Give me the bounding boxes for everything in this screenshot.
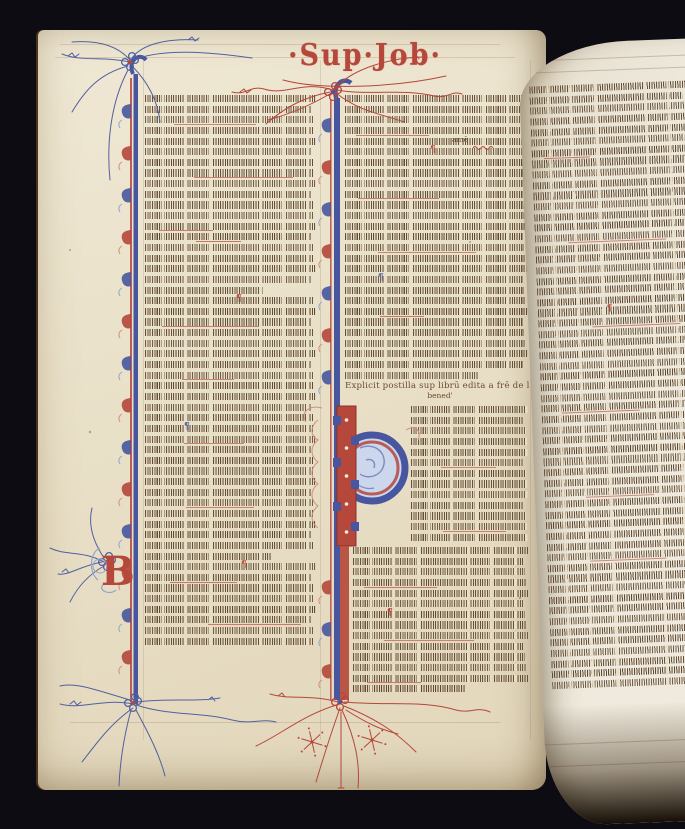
script-line bbox=[345, 244, 524, 251]
script-line bbox=[145, 276, 311, 283]
script-line bbox=[345, 340, 526, 347]
script-line bbox=[345, 180, 528, 187]
script-line bbox=[353, 547, 528, 554]
script-line bbox=[353, 558, 523, 565]
script-line bbox=[353, 632, 528, 639]
manuscript-photo: ·Sup·Job· ¶¶¶ ¶¶ Explicit postilla sup l… bbox=[0, 0, 685, 829]
script-line bbox=[411, 470, 526, 477]
script-line bbox=[550, 612, 685, 625]
script-line bbox=[345, 212, 526, 219]
script-line bbox=[145, 148, 311, 155]
script-line bbox=[345, 297, 526, 304]
script-line bbox=[549, 602, 685, 615]
pilcrow-mark: ¶ bbox=[241, 561, 247, 569]
script-line bbox=[411, 438, 527, 445]
text-column-2-upper: ¶¶ bbox=[345, 95, 528, 382]
script-line bbox=[345, 265, 528, 272]
script-line bbox=[145, 201, 313, 208]
script-line bbox=[145, 616, 311, 623]
script-line bbox=[145, 265, 316, 272]
script-line bbox=[411, 534, 528, 541]
script-line bbox=[550, 633, 685, 646]
script-line bbox=[145, 169, 314, 176]
script-line bbox=[411, 449, 528, 456]
script-line bbox=[353, 685, 465, 692]
ruling-line bbox=[544, 738, 685, 746]
script-line bbox=[353, 675, 528, 682]
script-line bbox=[145, 574, 311, 581]
running-header: ·Sup·Job· bbox=[275, 38, 455, 73]
right-page: ¶ bbox=[518, 38, 685, 826]
script-line bbox=[353, 653, 525, 660]
script-line bbox=[145, 595, 314, 602]
script-line bbox=[145, 638, 314, 645]
amen-word: amē bbox=[452, 135, 468, 144]
script-line bbox=[353, 579, 526, 586]
pilcrow-mark: ¶ bbox=[607, 305, 613, 313]
script-line bbox=[345, 329, 524, 336]
ruling-line bbox=[519, 66, 685, 74]
script-line bbox=[145, 521, 316, 528]
explicit-rubric: Explicit postilla sup librū edita a frē … bbox=[345, 381, 529, 391]
script-line: ¶ bbox=[145, 297, 314, 304]
script-line bbox=[353, 568, 525, 575]
script-line bbox=[552, 665, 685, 678]
pilcrow-mark: ¶ bbox=[236, 295, 242, 303]
script-line bbox=[145, 223, 316, 230]
script-line bbox=[145, 159, 313, 166]
script-line bbox=[345, 372, 479, 379]
script-line bbox=[550, 623, 685, 636]
script-line bbox=[345, 106, 523, 113]
script-line bbox=[411, 523, 527, 530]
script-line bbox=[145, 436, 316, 443]
script-line bbox=[145, 138, 316, 145]
script-line bbox=[345, 255, 526, 262]
script-line: ¶ bbox=[353, 611, 525, 618]
ruling-line bbox=[143, 60, 144, 740]
script-line bbox=[145, 255, 314, 262]
ruling-line bbox=[545, 760, 685, 768]
script-line bbox=[345, 287, 524, 294]
script-line bbox=[145, 350, 316, 357]
script-line bbox=[551, 644, 685, 657]
pilcrow-mark: ¶ bbox=[387, 609, 393, 617]
script-line bbox=[145, 457, 313, 464]
script-line bbox=[411, 417, 524, 424]
script-line bbox=[353, 621, 526, 628]
script-line bbox=[145, 542, 313, 549]
script-line bbox=[411, 406, 528, 413]
script-line bbox=[353, 590, 528, 597]
script-line bbox=[345, 350, 528, 357]
script-line bbox=[145, 414, 313, 421]
script-line bbox=[145, 446, 311, 453]
script-line bbox=[353, 643, 523, 650]
column-end-word: bened' bbox=[400, 391, 480, 400]
script-line bbox=[411, 491, 528, 498]
script-line bbox=[411, 512, 526, 519]
script-line bbox=[145, 116, 313, 123]
pilcrow-mark: ¶ bbox=[378, 274, 384, 282]
script-line bbox=[145, 287, 263, 294]
script-line bbox=[548, 570, 685, 583]
right-page-text-column: ¶ bbox=[529, 81, 685, 693]
text-column-1: ¶¶¶ bbox=[145, 95, 316, 648]
script-line bbox=[145, 212, 314, 219]
script-line bbox=[345, 233, 523, 240]
script-line bbox=[145, 95, 316, 102]
script-line bbox=[345, 159, 524, 166]
script-line bbox=[549, 591, 685, 604]
script-line bbox=[145, 318, 311, 325]
script-line bbox=[145, 340, 314, 347]
script-line: ¶ bbox=[345, 276, 523, 283]
script-line bbox=[345, 138, 528, 145]
script-line bbox=[145, 584, 313, 591]
script-line bbox=[145, 404, 311, 411]
script-line bbox=[411, 480, 527, 487]
script-line bbox=[345, 318, 523, 325]
text-column-2-lower: ¶ bbox=[353, 547, 528, 696]
script-line bbox=[345, 191, 523, 198]
ruling-line bbox=[320, 60, 321, 740]
pilcrow-mark: ¶ bbox=[184, 423, 190, 431]
script-line bbox=[411, 427, 526, 434]
script-line bbox=[411, 459, 524, 466]
ruling-line bbox=[70, 722, 500, 723]
script-line bbox=[145, 372, 313, 379]
script-line bbox=[411, 502, 524, 509]
script-line bbox=[145, 106, 311, 113]
script-line bbox=[145, 627, 313, 634]
script-line bbox=[145, 191, 311, 198]
script-line bbox=[145, 510, 314, 517]
script-line bbox=[345, 201, 524, 208]
script-line bbox=[145, 329, 313, 336]
script-line bbox=[145, 233, 311, 240]
script-line bbox=[145, 489, 311, 496]
script-line bbox=[145, 382, 314, 389]
script-line bbox=[345, 95, 528, 102]
script-line bbox=[345, 127, 526, 134]
script-line bbox=[145, 553, 272, 560]
script-line bbox=[145, 308, 316, 315]
text-column-2-beside-initial bbox=[411, 406, 528, 544]
pilcrow-mark: ¶ bbox=[430, 146, 436, 154]
script-line bbox=[145, 467, 314, 474]
script-line bbox=[345, 116, 524, 123]
script-line bbox=[145, 180, 316, 187]
script-line bbox=[145, 531, 311, 538]
script-line bbox=[145, 478, 316, 485]
script-line bbox=[547, 548, 685, 561]
script-line bbox=[345, 223, 528, 230]
script-line: ¶ bbox=[145, 563, 316, 570]
script-line bbox=[345, 361, 523, 368]
line-filler-icon bbox=[472, 136, 498, 155]
script-line bbox=[345, 308, 528, 315]
script-line bbox=[548, 580, 685, 593]
script-line bbox=[145, 244, 313, 251]
script-line bbox=[552, 676, 685, 689]
script-line bbox=[353, 600, 523, 607]
script-line bbox=[145, 361, 311, 368]
script-line bbox=[145, 606, 316, 613]
script-line bbox=[145, 499, 313, 506]
script-line bbox=[345, 169, 526, 176]
script-line bbox=[145, 393, 316, 400]
script-line bbox=[353, 664, 526, 671]
script-line bbox=[145, 127, 314, 134]
script-line bbox=[551, 655, 685, 668]
script-line: ¶ bbox=[145, 425, 314, 432]
